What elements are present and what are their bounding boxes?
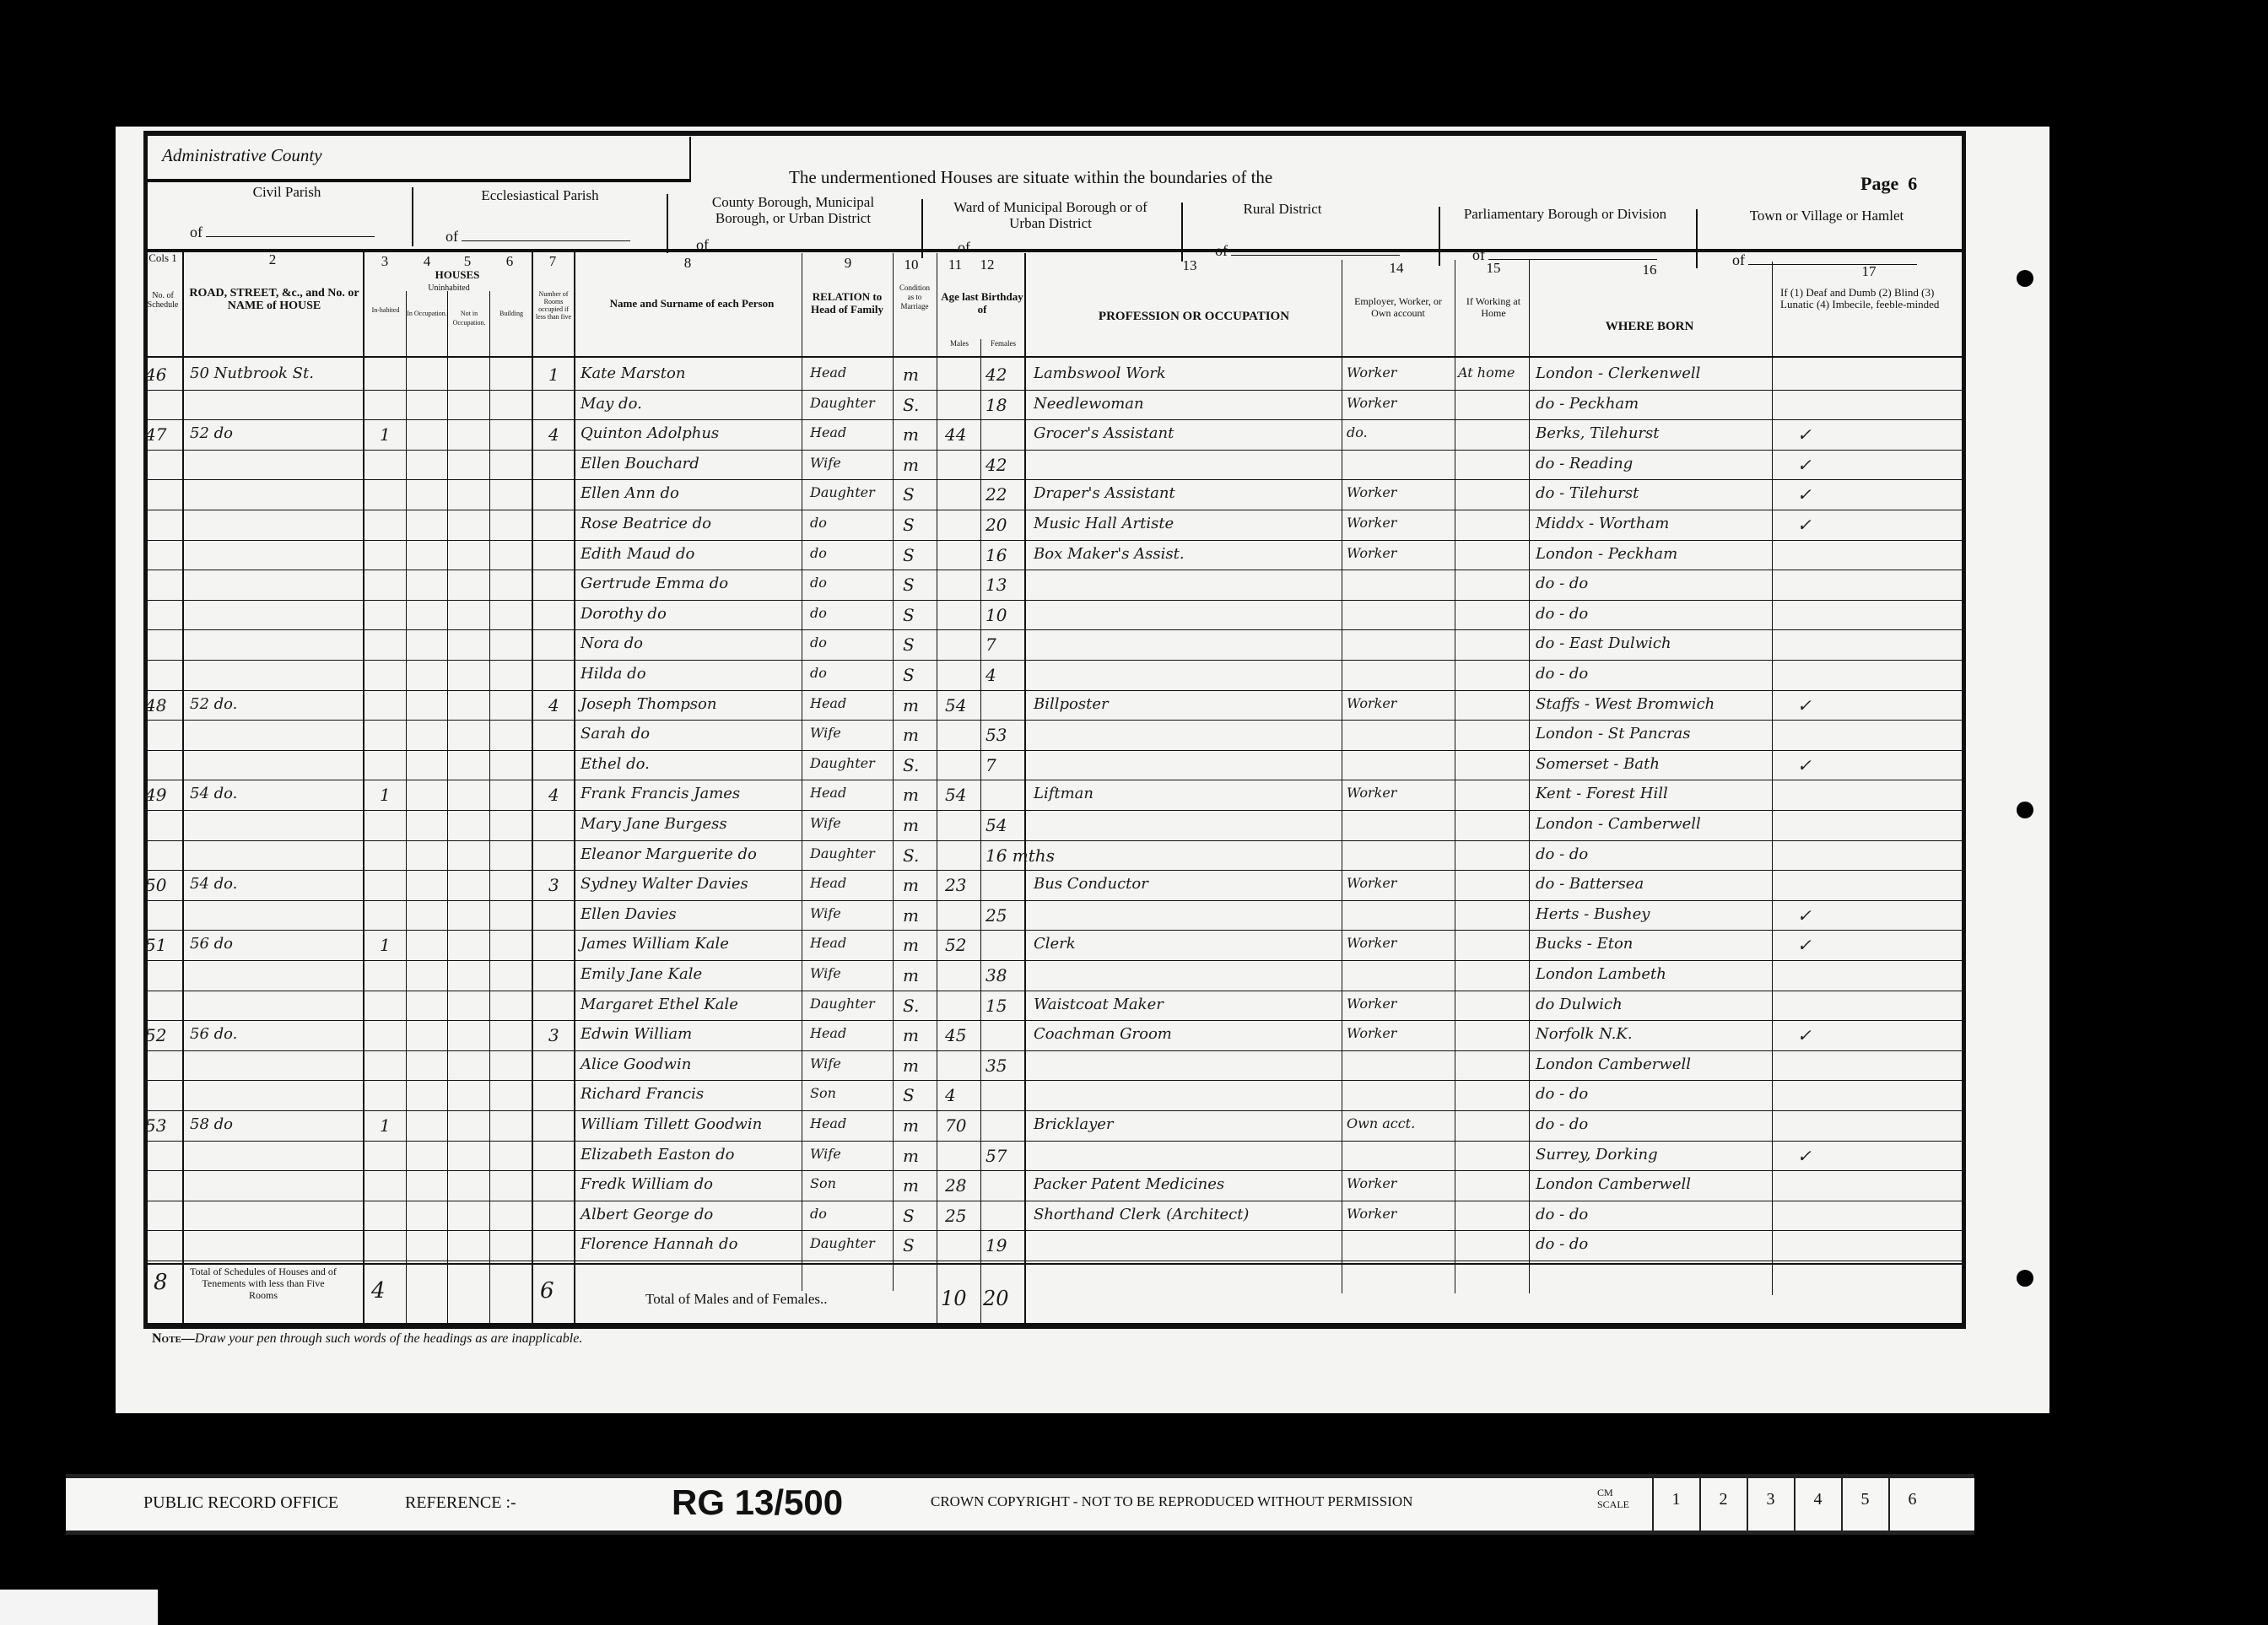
birthplace: Norfolk N.K.	[1536, 1025, 1633, 1043]
rooms-count: 3	[548, 1025, 559, 1045]
relation: Wife	[810, 725, 841, 741]
relation: Daughter	[810, 755, 875, 771]
occupation: Draper's Assistant	[1034, 484, 1175, 502]
occupation: Billposter	[1034, 695, 1109, 713]
col-number: Cols 1	[142, 251, 184, 265]
marital-condition: S	[903, 1235, 915, 1255]
marital-condition: m	[903, 455, 919, 475]
occupation: Lambswool Work	[1034, 364, 1166, 382]
inhabited-count: 1	[380, 1115, 391, 1136]
infirmity-check: ✓	[1797, 424, 1812, 445]
row-rule	[145, 1261, 1963, 1261]
relation: Daughter	[810, 996, 875, 1012]
relation: do	[810, 665, 827, 681]
col-number: 14	[1342, 260, 1451, 277]
relation: Son	[810, 1175, 836, 1191]
employer-status: Worker	[1347, 875, 1396, 891]
relation: Wife	[810, 815, 841, 831]
relation: Head	[810, 695, 846, 711]
female-age: 16 mths	[985, 845, 1055, 866]
col-rule	[182, 249, 184, 1325]
col-number: 13	[1029, 257, 1350, 274]
female-age: 7	[985, 634, 996, 655]
marital-condition: m	[903, 424, 919, 445]
female-age: 42	[985, 364, 1007, 385]
person-name: Ellen Ann do	[580, 484, 679, 502]
infirmity-check: ✓	[1797, 515, 1812, 535]
female-age: 13	[985, 575, 1007, 595]
address: 58 do	[190, 1115, 233, 1133]
person-name: Elizabeth Easton do	[580, 1146, 734, 1163]
col-number: 6	[489, 253, 530, 270]
female-age: 4	[985, 665, 996, 685]
inhabited-header: In-habited	[366, 305, 405, 315]
row-rule	[145, 570, 1963, 570]
relation: do	[810, 1206, 827, 1222]
occupation: Grocer's Assistant	[1034, 424, 1174, 442]
note-text: Note—Draw your pen through such words of…	[152, 1331, 582, 1347]
employer-status: Worker	[1347, 545, 1396, 561]
occupation: Waistcoat Maker	[1034, 996, 1164, 1013]
marital-condition: S	[903, 665, 915, 685]
scale-mark: 3	[1747, 1478, 1793, 1531]
birthplace: London - St Pancras	[1536, 725, 1690, 742]
birthplace: do - Battersea	[1536, 875, 1644, 893]
relation: Wife	[810, 455, 841, 471]
row-rule	[145, 1170, 1963, 1171]
schedule-header: No. of Schedule	[142, 291, 184, 310]
col-rule	[532, 249, 533, 1325]
in-occupation-header: In Occupation.	[407, 309, 447, 318]
birthplace: London Lambeth	[1536, 965, 1666, 983]
col-rule	[1024, 253, 1026, 1325]
rooms-count: 4	[548, 695, 559, 715]
rooms-count: 1	[548, 364, 559, 385]
page-number: Page 6	[1860, 173, 1917, 195]
schedule-number: 48	[145, 695, 166, 715]
divider	[667, 194, 668, 253]
person-name: Edith Maud do	[580, 545, 694, 563]
col-number: 12	[970, 256, 1004, 273]
relation: Son	[810, 1085, 836, 1101]
marital-condition: m	[903, 725, 919, 745]
birthplace: do - do	[1536, 665, 1588, 683]
town-village-label: Town or Village or Hamlet	[1713, 208, 1941, 224]
birthplace: do - Reading	[1536, 455, 1633, 472]
row-rule	[145, 750, 1963, 751]
male-age: 4	[945, 1085, 956, 1105]
inhabited-count: 1	[380, 935, 391, 955]
female-age: 42	[985, 455, 1007, 475]
col-number: 15	[1455, 260, 1531, 277]
employer-status: Own acct.	[1347, 1115, 1415, 1131]
female-age: 22	[985, 484, 1007, 505]
age-header: Age last Birthday of	[940, 290, 1024, 316]
marital-condition: m	[903, 935, 919, 955]
schedule-number: 50	[145, 875, 166, 895]
person-name: Ellen Bouchard	[580, 455, 699, 472]
scale-mark: 4	[1794, 1478, 1840, 1531]
condition-header: Condition as to Marriage	[896, 283, 933, 311]
schedule-number: 49	[145, 785, 166, 805]
table-top-rule	[145, 249, 1963, 252]
rooms-count: 4	[548, 424, 559, 445]
scale-mark: 1	[1652, 1478, 1698, 1531]
relation: Daughter	[810, 395, 875, 411]
uninhabited-header: Uninhabited	[407, 283, 491, 293]
row-rule	[145, 1050, 1963, 1051]
col-rule	[1529, 260, 1530, 1293]
occupation: Coachman Groom	[1034, 1025, 1172, 1043]
col-rule	[980, 339, 981, 1325]
row-rule	[145, 720, 1963, 721]
marital-condition: S	[903, 1206, 915, 1226]
working-at-home: At home	[1458, 364, 1515, 381]
totals-rule	[145, 1263, 1963, 1265]
col-number: 11	[938, 256, 972, 273]
birthplace: do - Tilehurst	[1536, 484, 1639, 502]
person-name: Eleanor Marguerite do	[580, 845, 757, 863]
person-name: William Tillett Goodwin	[580, 1115, 762, 1133]
female-age: 35	[985, 1055, 1007, 1076]
houses-header: HOUSES	[381, 268, 533, 281]
birthplace: do - do	[1536, 605, 1588, 623]
female-age: 19	[985, 1235, 1007, 1255]
occupation-header: PROFESSION OR OCCUPATION	[1046, 310, 1342, 323]
male-age: 54	[945, 785, 966, 805]
schedule-number: 53	[145, 1115, 166, 1136]
male-age: 23	[945, 875, 966, 895]
address: 56 do.	[190, 1025, 237, 1043]
col-rule	[937, 253, 937, 1325]
relation: Daughter	[810, 484, 875, 500]
at-home-header: If Working at Home	[1458, 295, 1529, 319]
relation: Wife	[810, 1055, 841, 1072]
employer-status: do.	[1347, 424, 1368, 440]
birthplace: Surrey, Dorking	[1536, 1146, 1658, 1163]
reference-number: RG 13/500	[672, 1482, 843, 1523]
infirmity-check: ✓	[1797, 455, 1812, 475]
ecclesiastical-parish-field: of	[445, 228, 630, 246]
male-age: 54	[945, 695, 966, 715]
marital-condition: m	[903, 815, 919, 835]
col-rule	[1455, 260, 1455, 1293]
male-age: 28	[945, 1175, 966, 1196]
person-name: Quinton Adolphus	[580, 424, 719, 442]
female-age: 7	[985, 755, 996, 775]
col-rule	[574, 249, 575, 1325]
person-name: Fredk William do	[580, 1175, 713, 1193]
ecclesiastical-parish-label: Ecclesiastical Parish	[439, 187, 641, 203]
scale-mark: 6	[1888, 1478, 1935, 1531]
row-rule	[145, 870, 1963, 871]
relation: do	[810, 515, 827, 531]
col-number: 5	[447, 253, 488, 270]
person-name: Albert George do	[580, 1206, 713, 1223]
relation: Daughter	[810, 1235, 875, 1251]
occupation: Music Hall Artiste	[1034, 515, 1174, 532]
person-name: Joseph Thompson	[580, 695, 716, 713]
infirmity-check: ✓	[1797, 905, 1812, 926]
row-rule	[145, 900, 1963, 901]
employer-status: Worker	[1347, 515, 1396, 531]
employer-status: Worker	[1347, 785, 1396, 801]
record-office-label: PUBLIC RECORD OFFICE	[143, 1493, 338, 1513]
marital-condition: m	[903, 905, 919, 926]
binder-hole	[2017, 270, 2033, 287]
total-inhabited: 4	[371, 1278, 386, 1304]
total-males: 10	[941, 1287, 967, 1310]
total-sex-label: Total of Males and of Females..	[645, 1291, 828, 1308]
row-rule	[145, 510, 1963, 510]
female-age: 57	[985, 1146, 1007, 1166]
total-females: 20	[983, 1287, 1009, 1310]
marital-condition: S.	[903, 996, 919, 1016]
corner-patch	[0, 1590, 158, 1625]
marital-condition: S.	[903, 755, 919, 775]
female-age: 18	[985, 395, 1007, 415]
person-name: Gertrude Emma do	[580, 575, 728, 592]
relation: Head	[810, 785, 846, 801]
infirmity-check: ✓	[1797, 935, 1812, 955]
row-rule	[145, 1230, 1963, 1231]
infirmity-check: ✓	[1797, 695, 1812, 715]
binder-hole	[2017, 1270, 2033, 1287]
table-bottom-rule	[145, 1323, 1963, 1326]
marital-condition: m	[903, 364, 919, 385]
birthplace: Kent - Forest Hill	[1536, 785, 1668, 802]
col-number: 4	[407, 253, 447, 270]
employer-status: Worker	[1347, 1175, 1396, 1191]
birthplace: do - do	[1536, 845, 1588, 863]
employer-header: Employer, Worker, or Own account	[1343, 295, 1453, 319]
males-header: Males	[940, 339, 979, 348]
relation: do	[810, 545, 827, 561]
infirmity-header: If (1) Deaf and Dumb (2) Blind (3) Lunat…	[1780, 287, 1957, 310]
rooms-count: 3	[548, 875, 559, 895]
col-number: 7	[532, 253, 574, 270]
occupation: Bricklayer	[1034, 1115, 1114, 1133]
person-name: Frank Francis James	[580, 785, 740, 802]
scale-label: CM SCALE	[1597, 1487, 1635, 1510]
rooms-count: 4	[548, 785, 559, 805]
col-rule	[893, 253, 894, 1291]
birthplace: do - do	[1536, 1206, 1588, 1223]
row-rule	[145, 600, 1963, 601]
copyright-notice: CROWN COPYRIGHT - NOT TO BE REPRODUCED W…	[931, 1493, 1412, 1510]
person-name: Rose Beatrice do	[580, 515, 711, 532]
row-rule	[145, 660, 1963, 661]
marital-condition: S	[903, 545, 915, 565]
marital-condition: S	[903, 634, 915, 655]
row-rule	[145, 840, 1963, 841]
total-schedules-label: Total of Schedules of Houses and of Tene…	[187, 1266, 339, 1301]
employer-status: Worker	[1347, 364, 1396, 381]
col-number: 9	[802, 255, 894, 272]
address: 52 do	[190, 424, 233, 442]
person-name: May do.	[580, 395, 642, 413]
marital-condition: m	[903, 1115, 919, 1136]
col-rule	[363, 249, 364, 1325]
scale-mark: 5	[1841, 1478, 1887, 1531]
person-name: Nora do	[580, 634, 643, 652]
infirmity-check: ✓	[1797, 484, 1812, 505]
divider	[412, 187, 413, 246]
female-age: 15	[985, 996, 1007, 1016]
ward-label: Ward of Municipal Borough or of Urban Di…	[945, 199, 1156, 231]
rooms-header: Number of Rooms occupied if less than fi…	[533, 290, 574, 321]
row-rule	[145, 930, 1963, 931]
scale-mark: 2	[1699, 1478, 1746, 1531]
inhabited-count: 1	[380, 785, 391, 805]
relation: Head	[810, 364, 846, 381]
employer-status: Worker	[1347, 395, 1396, 411]
birthplace: London Camberwell	[1536, 1175, 1691, 1193]
male-age: 44	[945, 424, 966, 445]
row-rule	[145, 419, 1963, 420]
birthplace: Herts - Bushey	[1536, 905, 1650, 923]
row-rule	[145, 991, 1963, 991]
relation: Head	[810, 1115, 846, 1131]
person-name: Mary Jane Burgess	[580, 815, 727, 833]
person-name: Margaret Ethel Kale	[580, 996, 738, 1013]
birthplace: London - Camberwell	[1536, 815, 1701, 833]
total-schedules: 8	[154, 1270, 168, 1295]
row-rule	[145, 810, 1963, 811]
occupation: Packer Patent Medicines	[1034, 1175, 1224, 1193]
employer-status: Worker	[1347, 1206, 1396, 1222]
person-name: Richard Francis	[580, 1085, 704, 1103]
relation: Wife	[810, 965, 841, 981]
female-age: 20	[985, 515, 1007, 535]
address: 56 do	[190, 935, 233, 953]
employer-status: Worker	[1347, 695, 1396, 711]
divider	[1439, 207, 1440, 266]
male-age: 45	[945, 1025, 966, 1045]
employer-status: Worker	[1347, 484, 1396, 500]
col-number: 8	[574, 255, 802, 272]
marital-condition: S	[903, 484, 915, 505]
row-rule	[145, 1110, 1963, 1111]
marital-condition: m	[903, 1025, 919, 1045]
birthplace: Middx - Wortham	[1536, 515, 1669, 532]
marital-condition: S	[903, 1085, 915, 1105]
birthplace: London Camberwell	[1536, 1055, 1691, 1073]
schedule-number: 47	[145, 424, 166, 445]
binder-hole	[2017, 802, 2033, 818]
birthplace: do - do	[1536, 1115, 1588, 1133]
row-rule	[145, 1201, 1963, 1201]
relation: Head	[810, 1025, 846, 1041]
where-born-header: WHERE BORN	[1536, 321, 1763, 333]
person-name: Edwin William	[580, 1025, 692, 1043]
divider	[1181, 202, 1183, 262]
marital-condition: m	[903, 965, 919, 985]
schedule-number: 51	[145, 935, 166, 955]
relation: do	[810, 605, 827, 621]
marital-condition: S.	[903, 395, 919, 415]
reference-label: REFERENCE :-	[405, 1493, 516, 1513]
marital-condition: S	[903, 605, 915, 625]
birthplace: do - do	[1536, 1085, 1588, 1103]
occupation: Bus Conductor	[1034, 875, 1148, 893]
marital-condition: S	[903, 575, 915, 595]
header-bottom-rule	[145, 356, 1963, 358]
reference-strip: PUBLIC RECORD OFFICE REFERENCE :- RG 13/…	[66, 1474, 1974, 1535]
female-age: 16	[985, 545, 1007, 565]
row-rule	[145, 540, 1963, 541]
civil-parish-label: Civil Parish	[202, 184, 371, 200]
marital-condition: m	[903, 1175, 919, 1196]
building-header: Building	[491, 309, 532, 318]
female-age: 25	[985, 905, 1007, 926]
birthplace: London - Peckham	[1536, 545, 1677, 563]
person-name: Sarah do	[580, 725, 650, 742]
row-rule	[145, 629, 1963, 630]
not-in-occupation-header: Not in Occupation.	[449, 309, 489, 327]
person-name: Sydney Walter Davies	[580, 875, 748, 893]
infirmity-check: ✓	[1797, 1025, 1812, 1045]
birthplace: do Dulwich	[1536, 996, 1623, 1013]
address: 52 do.	[190, 695, 237, 713]
schedule-number: 52	[145, 1025, 166, 1045]
row-rule	[145, 1080, 1963, 1081]
female-age: 38	[985, 965, 1007, 985]
col-number: 17	[1776, 263, 1962, 280]
person-name: Alice Goodwin	[580, 1055, 691, 1073]
row-rule	[145, 390, 1963, 391]
relation: do	[810, 634, 827, 651]
inhabited-count: 1	[380, 424, 391, 445]
schedule-number: 46	[145, 364, 166, 385]
marital-condition: m	[903, 1146, 919, 1166]
occupation: Shorthand Clerk (Architect)	[1034, 1206, 1249, 1223]
col-number: 16	[1531, 262, 1768, 278]
col-rule	[802, 253, 802, 1291]
address: 54 do.	[190, 785, 237, 802]
col-rule	[1342, 260, 1342, 1293]
marital-condition: S	[903, 515, 915, 535]
col-number: 10	[894, 256, 928, 273]
parliamentary-borough-label: Parliamentary Borough or Division	[1460, 206, 1671, 222]
person-name: Kate Marston	[580, 364, 685, 382]
address: 54 do.	[190, 875, 237, 893]
admin-county-label: Administrative County	[162, 145, 322, 166]
relation: do	[810, 575, 827, 591]
civil-parish-field: of	[190, 224, 375, 241]
birthplace: do - East Dulwich	[1536, 634, 1671, 652]
col-number: 3	[364, 253, 405, 270]
rural-district-label: Rural District	[1198, 201, 1367, 217]
person-name: Ethel do.	[580, 755, 650, 773]
birthplace: Bucks - Eton	[1536, 935, 1633, 953]
row-rule	[145, 960, 1963, 961]
total-rooms: 6	[540, 1278, 554, 1304]
birthplace: Staffs - West Bromwich	[1536, 695, 1714, 713]
ward-field: of	[958, 239, 1142, 256]
col-number: 2	[184, 251, 361, 268]
birthplace: Berks, Tilehurst	[1536, 424, 1660, 442]
infirmity-check: ✓	[1797, 755, 1812, 775]
situate-heading: The undermentioned Houses are situate wi…	[789, 167, 1272, 188]
relation: Head	[810, 424, 846, 440]
birthplace: Somerset - Bath	[1536, 755, 1660, 773]
address: 50 Nutbrook St.	[190, 364, 314, 382]
relation: Daughter	[810, 845, 875, 861]
infirmity-check: ✓	[1797, 1146, 1812, 1166]
row-rule	[145, 780, 1963, 780]
relation: Wife	[810, 1146, 841, 1162]
